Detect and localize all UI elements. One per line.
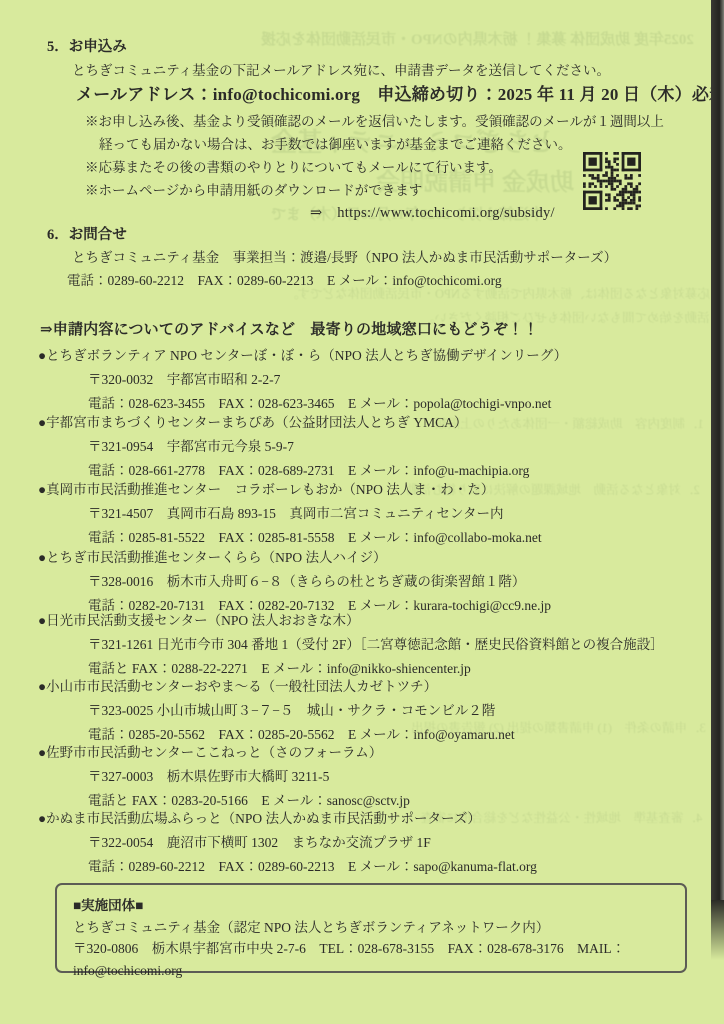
scan-edge-fade — [711, 900, 724, 960]
note-receipt-1: ※お申し込み後、基金より受領確認のメールを返信いたします。受領確認のメールが１週… — [85, 113, 664, 131]
note-mail-exchange: ※応募またその後の書類のやりとりについてもメールにて行います。 — [85, 159, 502, 177]
center-machipia: ●宇都宮市まちづくりセンターまちぴあ（公益財団法人とちぎ YMCA） 〒321-… — [38, 411, 529, 479]
center-address: 〒321-4507 真岡市石島 893-15 真岡市二宮コミュニティセンター内 — [88, 502, 542, 522]
qr-code — [583, 152, 641, 210]
center-address: 〒321-1261 日光市今市 304 番地 1（受付 2F）［二宮尊徳記念館・… — [88, 633, 664, 653]
center-collabo-moka: ●真岡市市民活動推進センター コラボーレもおか（NPO 法人ま・わ・た） 〒32… — [38, 478, 542, 546]
advice-heading: ⇒申請内容についてのアドバイスなど 最寄りの地域窓口にもどうぞ！！ — [40, 320, 538, 340]
contact-phone-line: 電話：0289-60-2212 FAX：0289-60-2213 E メール：i… — [67, 272, 502, 290]
center-contact: 電話：0285-20-5562 FAX：0285-20-5562 E メール：i… — [88, 723, 515, 743]
center-contact: 電話：0285-81-5522 FAX：0285-81-5558 E メール：i… — [88, 526, 542, 546]
section5-intro: とちぎコミュニティ基金の下記メールアドレス宛に、申請書データを送信してください。 — [72, 62, 610, 80]
center-contact: 電話：028-661-2778 FAX：028-689-2731 E メール：i… — [88, 459, 529, 479]
scanned-document-page: 2025年度 助成団体 募集！ 栃木県内のNPO・市民活動団体を応援 とちぎコミ… — [0, 0, 724, 1024]
center-contact: 電話：0289-60-2212 FAX：0289-60-2213 E メール：s… — [88, 855, 537, 875]
note-receipt-2: 経っても届かない場合は、お手数では御座いますが基金までご連絡ください。 — [99, 136, 572, 154]
center-name: ●とちぎ市民活動推進センターくらら（NPO 法人ハイジ） — [38, 546, 551, 566]
note-download: ※ホームページから申請用紙のダウンロードができます — [85, 182, 422, 200]
center-address: 〒320-0032 宇都宮市昭和 2-2-7 — [88, 368, 567, 388]
center-name: ●真岡市市民活動推進センター コラボーレもおか（NPO 法人ま・わ・た） — [38, 478, 542, 498]
email-deadline-line: メールアドレス：info@tochicomi.org 申込締め切り：2025 年… — [76, 84, 724, 107]
center-address: 〒322-0054 鹿沼市下横町 1302 まちなか交流プラザ 1F — [88, 831, 537, 851]
center-kurara: ●とちぎ市民活動推進センターくらら（NPO 法人ハイジ） 〒328-0016 栃… — [38, 546, 551, 614]
center-name: ●かぬま市民活動広場ふらっと（NPO 法人かぬま市民活動サポーターズ） — [38, 807, 537, 827]
center-flat: ●かぬま市民活動広場ふらっと（NPO 法人かぬま市民活動サポーターズ） 〒322… — [38, 807, 537, 875]
center-address: 〒328-0016 栃木市入舟町６−８（きららの杜とちぎ蔵の街楽習館１階） — [88, 570, 551, 590]
contact-org-line: とちぎコミュニティ基金 事業担当：渡邉/長野（NPO 法人かぬま市民活動サポータ… — [72, 249, 617, 267]
implementing-org-title: ■実施団体■ — [73, 895, 685, 917]
center-oyamaru: ●小山市市民活動センターおやま〜る（一般社団法人カゼトツチ） 〒323-0025… — [38, 675, 515, 743]
center-contact: 電話と FAX：0288-22-2271 E メール：info@nikko-sh… — [88, 657, 664, 677]
center-contact: 電話と FAX：0283-20-5166 E メール：sanosc@sctv.j… — [88, 789, 410, 809]
implementing-org-name: とちぎコミュニティ基金（認定 NPO 法人とちぎボランティアネットワーク内） — [73, 917, 685, 939]
center-name: ●とちぎボランティア NPO センターぼ・ぼ・ら（NPO 法人とちぎ協働デザイン… — [38, 344, 567, 364]
section6-heading: 6．お問合せ — [47, 226, 127, 246]
bleedthrough-text: 2025年度 助成団体 募集！ 栃木県内のNPO・市民活動団体を応援 — [261, 28, 694, 49]
center-address: 〒327-0003 栃木県佐野市大橋町 3211-5 — [88, 765, 410, 785]
section5-heading: 5．お申込み — [47, 38, 127, 58]
implementing-org-box: ■実施団体■ とちぎコミュニティ基金（認定 NPO 法人とちぎボランティアネット… — [55, 883, 687, 973]
center-name: ●宇都宮市まちづくりセンターまちぴあ（公益財団法人とちぎ YMCA） — [38, 411, 529, 431]
center-name: ●佐野市市民活動センターここねっと（さのフォーラム） — [38, 741, 410, 761]
implementing-org-contact: 〒320-0806 栃木県宇都宮市中央 2-7-6 TEL：028-678-31… — [73, 938, 685, 981]
center-address: 〒323-0025 小山市城山町３−７−５ 城山・サクラ・コモンビル２階 — [88, 699, 515, 719]
center-nikko: ●日光市民活動支援センター（NPO 法人おおきな木） 〒321-1261 日光市… — [38, 609, 664, 677]
scan-edge — [711, 0, 724, 900]
center-name: ●日光市民活動支援センター（NPO 法人おおきな木） — [38, 609, 664, 629]
center-contact: 電話：028-623-3455 FAX：028-623-3465 E メール：p… — [88, 392, 567, 412]
center-address: 〒321-0954 宇都宮市元今泉 5-9-7 — [88, 435, 529, 455]
center-name: ●小山市市民活動センターおやま〜る（一般社団法人カゼトツチ） — [38, 675, 515, 695]
center-coconet: ●佐野市市民活動センターここねっと（さのフォーラム） 〒327-0003 栃木県… — [38, 741, 410, 809]
subsidy-url: ⇒ https://www.tochicomi.org/subsidy/ — [310, 204, 555, 224]
center-bobora: ●とちぎボランティア NPO センターぼ・ぼ・ら（NPO 法人とちぎ協働デザイン… — [38, 344, 567, 412]
